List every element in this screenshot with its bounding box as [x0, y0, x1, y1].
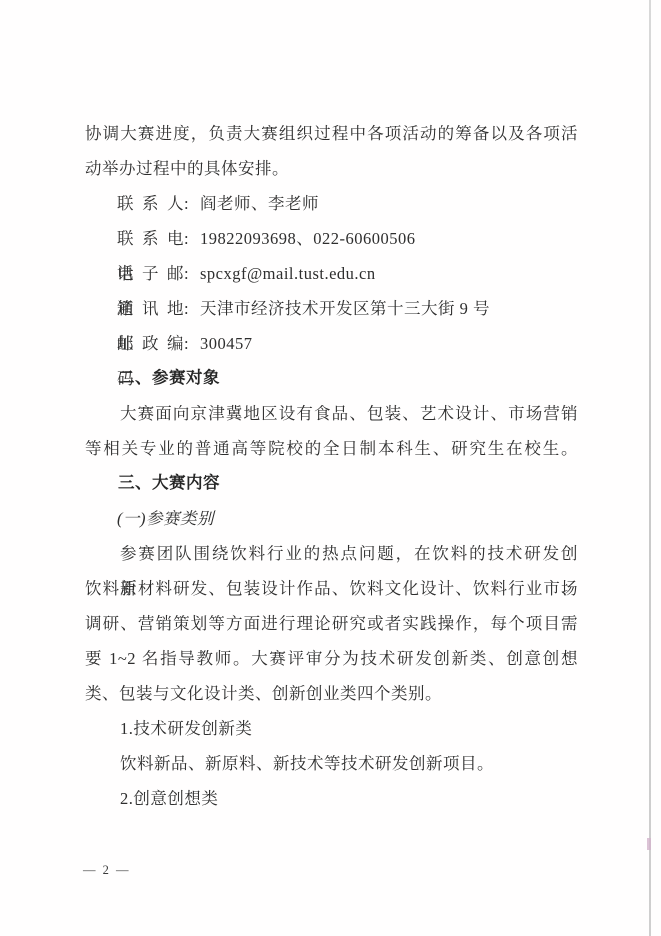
text-line: 动举办过程中的具体安排。: [85, 151, 578, 186]
contact-colon: :: [184, 221, 192, 256]
contact-colon: :: [184, 326, 192, 361]
contact-colon: :: [184, 291, 192, 326]
text-line: 参赛团队围绕饮料行业的热点问题，在饮料的技术研发创新、: [85, 536, 578, 571]
text-line: 等相关专业的普通高等院校的全日制本科生、研究生在校生。: [85, 431, 578, 466]
contact-row-postcode: 邮政编码:300457: [85, 326, 578, 361]
text-line: 协调大赛进度，负责大赛组织过程中各项活动的筹备以及各项活: [85, 116, 578, 151]
text-line: 类、包装与文化设计类、创新创业类四个类别。: [85, 676, 578, 711]
item2-heading: 2.创意创想类: [85, 781, 578, 816]
contact-row-person: 联系人:阎老师、李老师: [85, 186, 578, 221]
scanned-document-page: 协调大赛进度，负责大赛组织过程中各项活动的筹备以及各项活 动举办过程中的具体安排…: [0, 0, 661, 936]
contact-value: 天津市经济技术开发区第十三大街 9 号: [200, 291, 490, 326]
contact-value: spcxgf@mail.tust.edu.cn: [200, 256, 376, 291]
text-line: 大赛面向京津冀地区设有食品、包装、艺术设计、市场营销: [85, 396, 578, 431]
section3-heading: 三、大赛内容: [85, 466, 578, 501]
text-line: 饮料新品、新原料、新技术等技术研发创新项目。: [85, 746, 578, 781]
contact-row-email: 电子邮箱:spcxgf@mail.tust.edu.cn: [85, 256, 578, 291]
document-body: 协调大赛进度，负责大赛组织过程中各项活动的筹备以及各项活 动举办过程中的具体安排…: [85, 116, 578, 816]
scan-edge-line-artifact: [649, 0, 651, 936]
text-line: 要 1~2 名指导教师。大赛评审分为技术研发创新类、创意创想: [85, 641, 578, 676]
section3-sub1-heading: (一)参赛类别: [85, 501, 578, 536]
contact-row-address: 通讯地址:天津市经济技术开发区第十三大街 9 号: [85, 291, 578, 326]
contact-label: 联系人: [117, 186, 184, 221]
text-line: 调研、营销策划等方面进行理论研究或者实践操作，每个项目需: [85, 606, 578, 641]
contact-colon: :: [184, 186, 192, 221]
text-line: 饮料原材料研发、包装设计作品、饮料文化设计、饮料行业市场: [85, 571, 578, 606]
scan-pink-artifact: [647, 838, 651, 850]
contact-colon: :: [184, 256, 192, 291]
contact-value: 阎老师、李老师: [200, 186, 319, 221]
contact-value: 300457: [200, 326, 253, 361]
contact-row-phone: 联系电话:19822093698、022-60600506: [85, 221, 578, 256]
item1-heading: 1.技术研发创新类: [85, 711, 578, 746]
section2-heading: 二、参赛对象: [85, 361, 578, 396]
contact-value: 19822093698、022-60600506: [200, 221, 416, 256]
page-number: — 2 —: [83, 863, 131, 878]
